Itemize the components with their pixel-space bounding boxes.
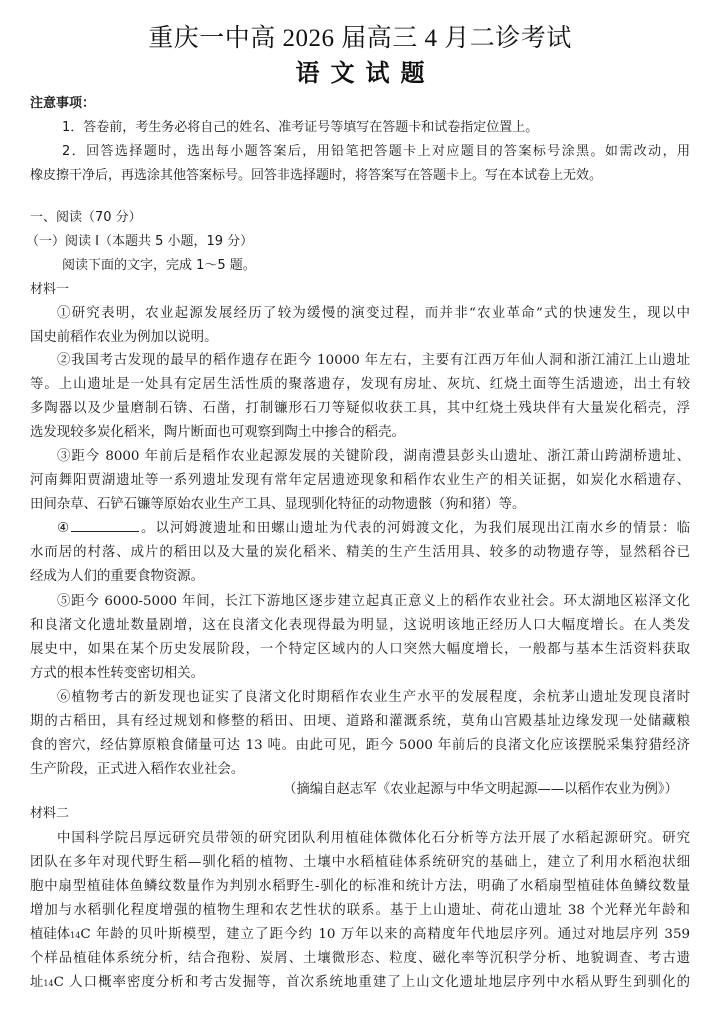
- section-subheading: （一）阅读 I（本题共 5 小题，19 分）: [26, 230, 686, 254]
- m1-p6-line2: 期的古稻田，具有经过规划和修整的稻田、田埂、道路和灌溉系统，莫角山宫殿基址边缘发…: [30, 710, 690, 734]
- fill-in-blank[interactable]: [71, 517, 139, 532]
- m1-p3-line2: 河南舞阳贾湖遗址等一系列遗址发现有常年定居遗迹现象和稻作农业生产的相关证据，如炭…: [30, 469, 690, 493]
- exam-title: 重庆一中高 2026 届高三 4 月二诊考试: [0, 22, 720, 56]
- material1-source: （摘编自赵志军《农业起源与中华文明起源——以稻作农业为例》）: [283, 778, 678, 802]
- m2-line5-post: C 年龄的贝叶斯模型，建立了距今约 10 万年以来的高精度年代地层序列。通过对地…: [80, 923, 690, 947]
- m1-p2-line1: ②我国考古发现的最早的稻作遗存在距今 10000 年左右，主要有江西万年仙人洞和…: [57, 349, 690, 373]
- p4-first-line-text: 。以河姆渡遗址和田螺山遗址为代表的河姆渡文化，为我们展现出江南水乡的情景：临: [141, 517, 690, 541]
- m1-p5-line1: ⑤距今 6000-5000 年间，长江下游地区逐步建立起真正意义上的稻作农业社会…: [57, 590, 690, 614]
- notice-label: 注意事项：: [30, 92, 690, 116]
- m1-p4-line3: 经成为人们的重要食物资源。: [30, 565, 690, 589]
- m1-p3-line1: ③距今 8000 年前后是稻作农业起源发展的关键阶段，湖南澧县彭头山遗址、浙江萧…: [57, 445, 690, 469]
- section-heading: 一、阅读（70 分）: [30, 206, 690, 230]
- m2-line5: 植硅体 14 C 年龄的贝叶斯模型，建立了距今约 10 万年以来的高精度年代地层…: [30, 923, 690, 947]
- m1-p5-line2: 和良渚文化遗址数量剧增，这在良渚文化表现得最为明显，这说明该地正经历人口大幅度增…: [30, 614, 690, 638]
- m1-p1-line1: ①研究表明，农业起源发展经历了较为缓慢的演变过程，而并非“农业革命”式的快速发生…: [57, 302, 690, 326]
- m2-line4: 增加与水稻驯化程度增强的植物生理和农艺性状的联系。基于上山遗址、荷花山遗址 38…: [30, 899, 690, 923]
- m1-p5-line4: 方式的根本性转变密切相关。: [30, 662, 690, 686]
- m1-p6-line1: ⑥植物考古的新发现也证实了良渚文化时期稻作农业生产水平的发展程度，余杭茅山遗址发…: [57, 686, 690, 710]
- m1-p2-line2: 等。上山遗址是一处具有定居生活性质的聚落遗存，发现有房址、灰坑、红烧土面等生活遗…: [30, 373, 690, 397]
- p4-marker: ④: [57, 517, 69, 541]
- notice-item-2-cont: 橡皮擦干净后，再选涂其他答案标号。回答非选择题时，将答案写在答题卡上。写在本试卷…: [30, 164, 690, 188]
- m2-line3: 胞中扇型植硅体鱼鳞纹数量作为判别水稻野生-驯化的标准和统计方法，明确了水稻扇型植…: [30, 875, 690, 899]
- m1-p6-line3: 食的窖穴，经估算原粮食储量可达 13 吨。由此可见，距今 5000 年前后的良渚…: [30, 734, 690, 758]
- m1-p4-line1: ④ 。以河姆渡遗址和田螺山遗址为代表的河姆渡文化，为我们展现出江南水乡的情景：临: [57, 517, 690, 541]
- m2-line7: 址 14 C 人口概率密度分析和考古发掘等，首次系统地重建了上山文化遗址地层序列…: [30, 971, 690, 995]
- m2-line5-pre: 植硅体: [30, 923, 70, 947]
- notice-item-2: 2．回答选择题时，选出每小题答案后，用铅笔把答题卡上对应题目的答案标号涂黑。如需…: [62, 140, 690, 164]
- m1-p2-line4: 选发现较多炭化稻米，陶片断面也可观察到陶土中掺合的稻壳。: [30, 421, 690, 445]
- m2-line7-pre: 址: [30, 971, 43, 995]
- m2-line1: 中国科学院吕厚远研究员带领的研究团队利用植硅体微体化石分析等方法开展了水稻起源研…: [57, 827, 690, 851]
- m2-line6: 个样品植硅体系统分析，结合孢粉、炭屑、土壤微形态、粒度、磁化率等沉积学分析、地貌…: [30, 947, 690, 971]
- m1-p2-line3: 多陶器以及少量磨制石锛、石凿，打制镰形石刀等疑似收获工具，其中红烧土残块伴有大量…: [30, 397, 690, 421]
- section-instruction: 阅读下面的文字，完成 1～5 题。: [62, 254, 720, 278]
- m1-p4-line2: 水而居的村落、成片的稻田以及大量的炭化稻米、精美的生产生活用具、较多的动物遗存等…: [30, 541, 690, 565]
- material2-label: 材料二: [30, 802, 690, 826]
- m1-p1-line2: 国史前稻作农业为例加以说明。: [30, 326, 690, 350]
- notice-item-1: 1．答卷前，考生务必将自己的姓名、准考证号等填写在答题卡和试卷指定位置上。: [62, 116, 720, 140]
- m1-p3-line3: 田间杂草、石铲石镰等原始农业生产工具、显现驯化特征的动物遗骸（狗和猪）等。: [30, 493, 690, 517]
- exam-page: 重庆一中高 2026 届高三 4 月二诊考试 语文试题 注意事项： 1．答卷前，…: [0, 0, 720, 1035]
- m2-line2: 团队在多年对现代野生稻—驯化稻的植物、土壤中水稻植硅体系统研究的基础上，建立了利…: [30, 851, 690, 875]
- m2-line7-post: C 人口概率密度分析和考古发掘等，首次系统地重建了上山文化遗址地层序列中水稻从野…: [54, 971, 690, 995]
- subject-title: 语文试题: [0, 56, 720, 90]
- m1-p5-line3: 展史中，如果在某个历史发展阶段，一个特定区域内的人口突然大幅度增长，一般都与基本…: [30, 638, 690, 662]
- material1-label: 材料一: [30, 278, 690, 302]
